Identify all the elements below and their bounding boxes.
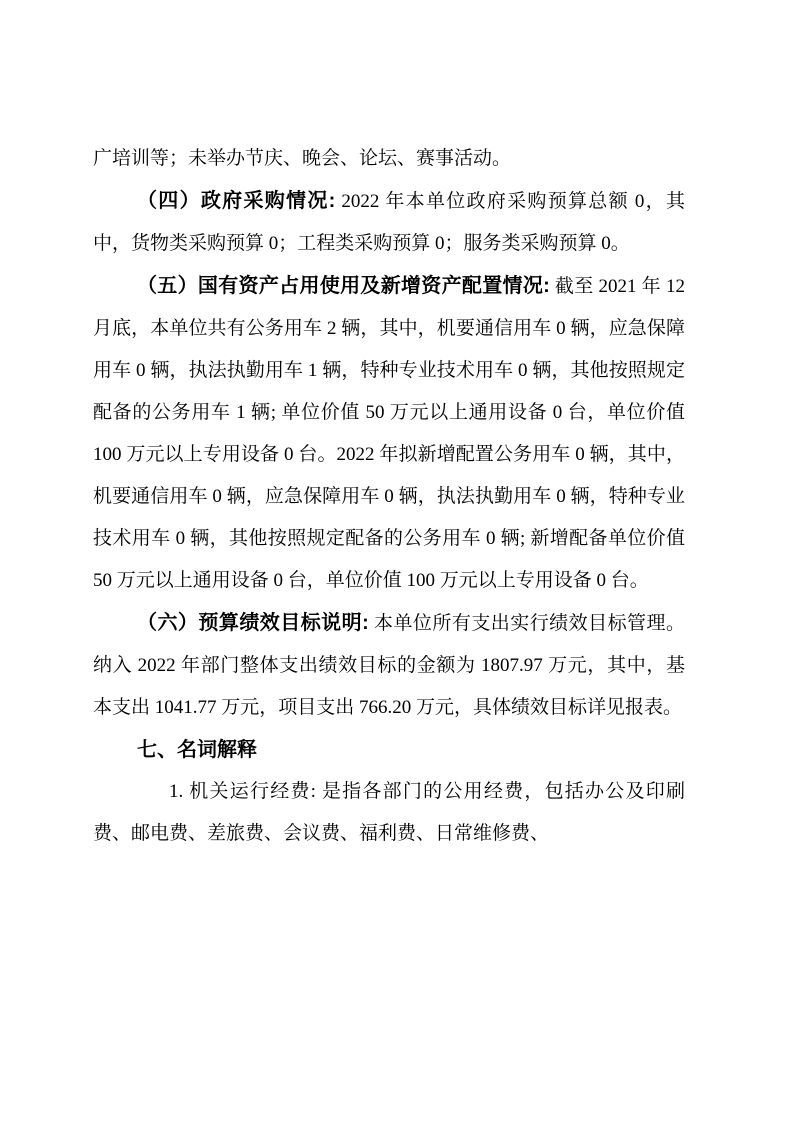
section5-text: 截至 2021 年 12 月底，本单位共有公务用车 2 辆，其中，机要通信用车 … [93,276,685,591]
section7-heading: 七、名词解释 [93,729,685,771]
paragraph-term1: 1. 机关运行经费: 是指各部门的公用经费，包括办公及印刷费、邮电费、差旅费、会… [93,771,685,855]
paragraph-section4: （四）政府采购情况: 2022 年本单位政府采购预算总额 0，其中，货物类采购预… [93,180,685,265]
paragraph-continuation: 广培训等；未举办节庆、晚会、论坛、赛事活动。 [93,138,685,180]
document-body: 广培训等；未举办节庆、晚会、论坛、赛事活动。 （四）政府采购情况: 2022 年… [93,138,685,855]
section4-title: （四）政府采购情况: [137,190,335,212]
paragraph-section6: （六）预算绩效目标说明: 本单位所有支出实行绩效目标管理。纳入 2022 年部门… [93,602,685,729]
document-page: 广培训等；未举办节庆、晚会、论坛、赛事活动。 （四）政府采购情况: 2022 年… [0,0,793,1122]
paragraph-section5: （五）国有资产占用使用及新增资产配置情况: 截至 2021 年 12 月底，本单… [93,265,685,602]
section5-title: （五）国有资产占用使用及新增资产配置情况: [137,275,550,297]
section6-title: （六）预算绩效目标说明: [137,612,369,634]
